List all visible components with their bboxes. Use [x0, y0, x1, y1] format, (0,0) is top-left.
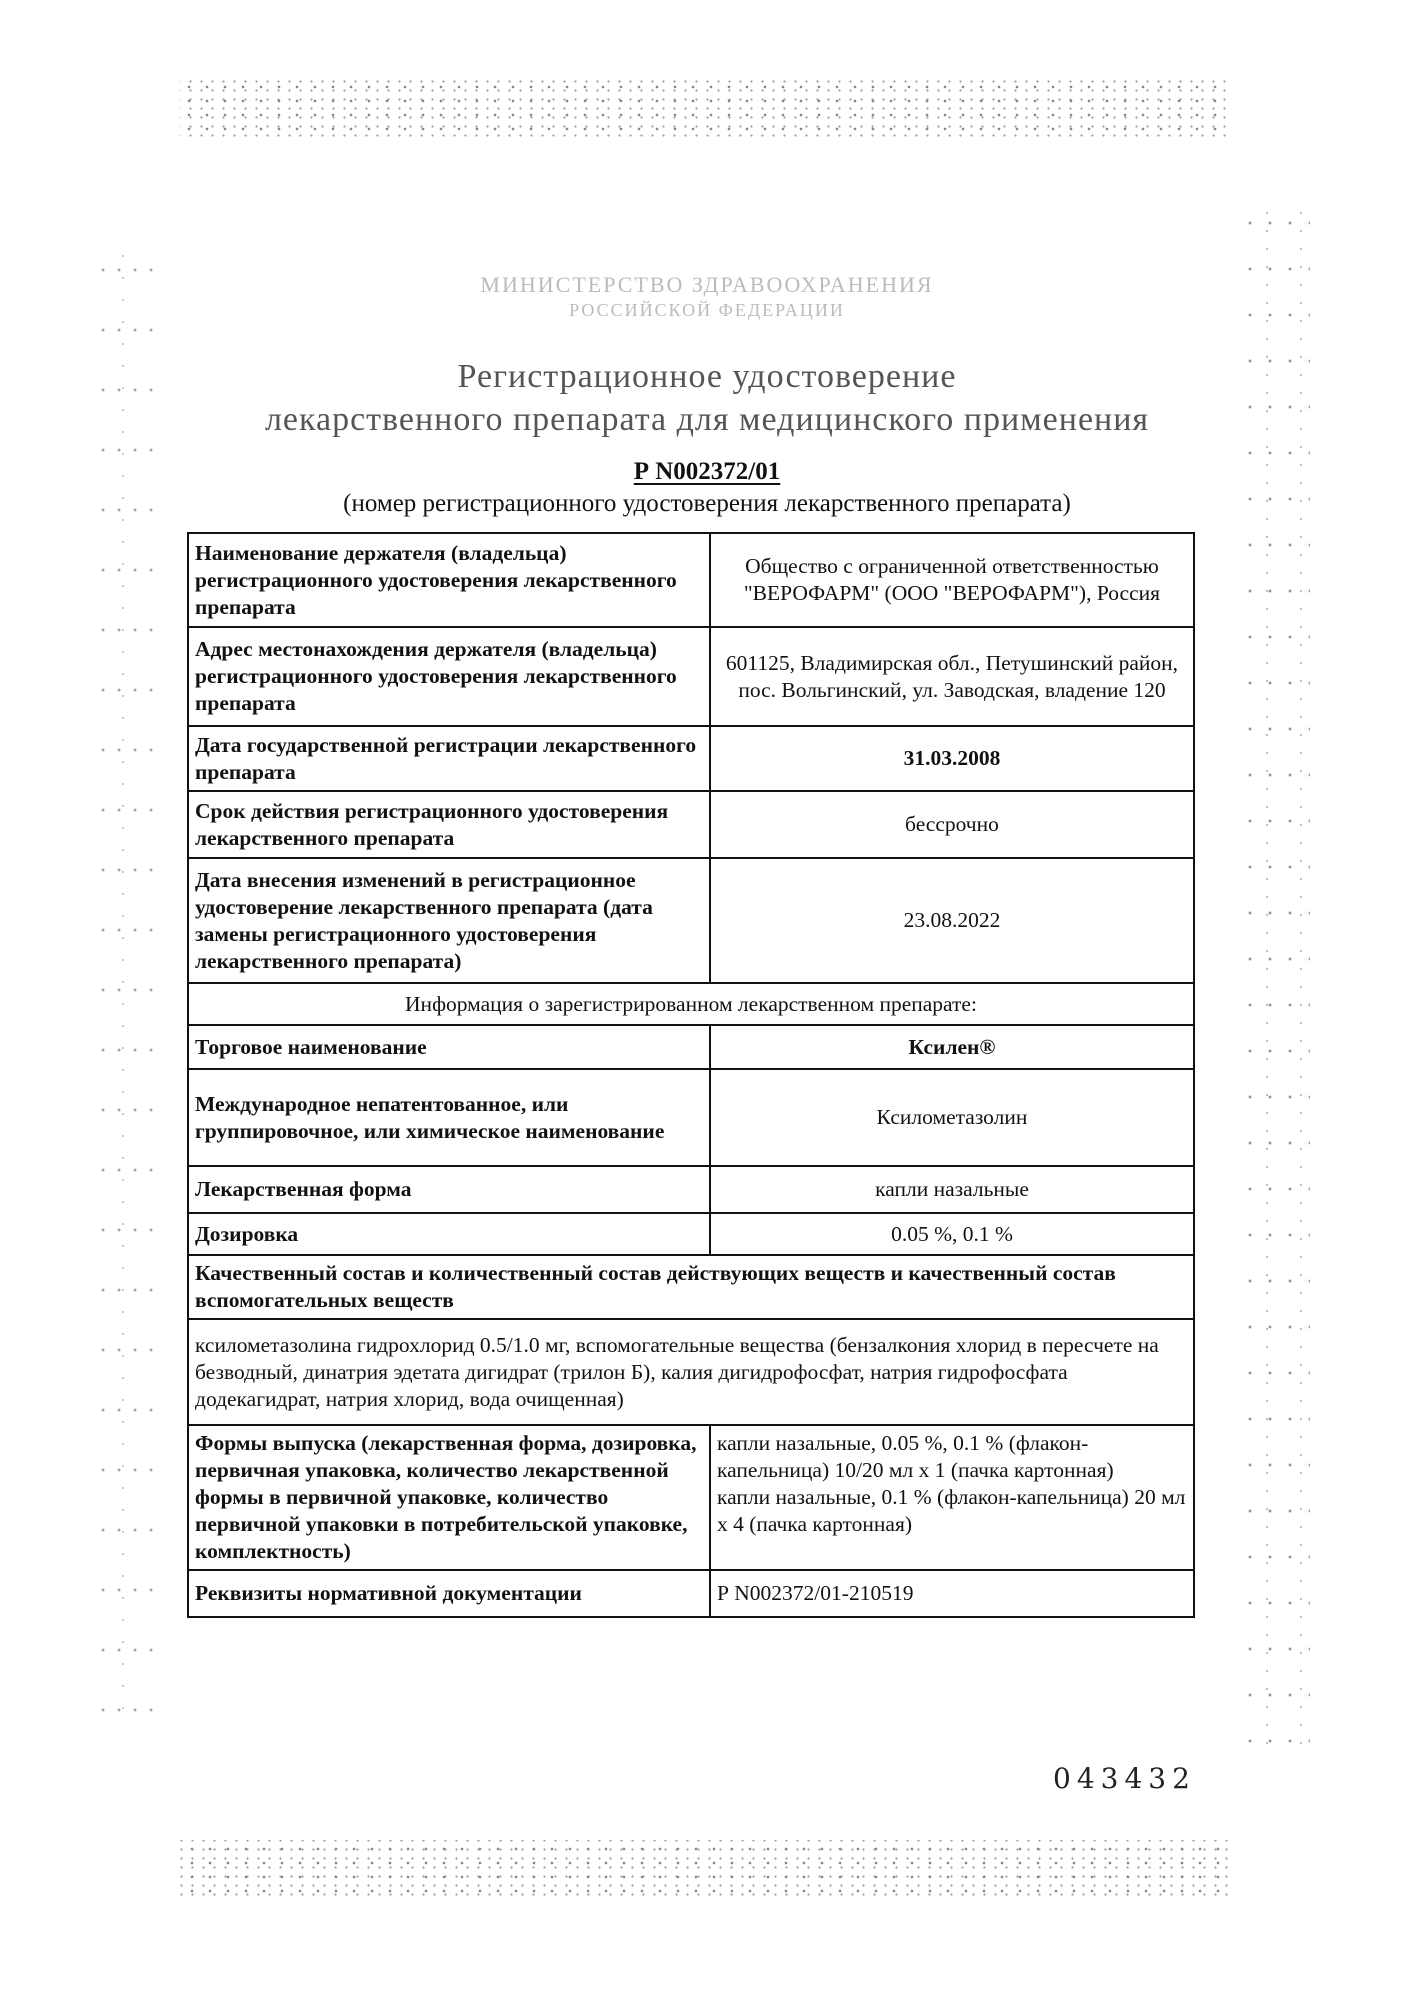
row-value: 23.08.2022: [710, 858, 1194, 983]
table-row-drug-info-heading: Информация о зарегистрированном лекарств…: [188, 983, 1194, 1025]
row-value: 601125, Владимирская обл., Петушинский р…: [710, 627, 1194, 726]
registration-number-text: Р N002372/01: [634, 458, 781, 485]
row-value: Р N002372/01-210519: [710, 1570, 1194, 1617]
table-row-composition-heading: Качественный состав и количественный сос…: [188, 1255, 1194, 1319]
table-row-dosage: Дозировка 0.05 %, 0.1 %: [188, 1213, 1194, 1255]
row-label: Дата государственной регистрации лекарст…: [188, 726, 710, 791]
release-form-line1: капли назальные, 0.05 %, 0.1 % (флакон-к…: [717, 1430, 1187, 1484]
row-value: бессрочно: [710, 791, 1194, 858]
table-row-normative-docs: Реквизиты нормативной документации Р N00…: [188, 1570, 1194, 1617]
row-label: Международное непатентованное, или групп…: [188, 1069, 710, 1166]
table-row-holder-address: Адрес местонахождения держателя (владель…: [188, 627, 1194, 726]
document-title-line2: лекарственного препарата для медицинског…: [0, 398, 1414, 442]
row-value: 31.03.2008: [710, 726, 1194, 791]
row-label: Наименование держателя (владельца) регис…: [188, 533, 710, 627]
row-label: Дата внесения изменений в регистрационно…: [188, 858, 710, 983]
table-row-trade-name: Торговое наименование Ксилен®: [188, 1025, 1194, 1069]
row-label: Срок действия регистрационного удостовер…: [188, 791, 710, 858]
row-label: Лекарственная форма: [188, 1166, 710, 1213]
table-row-changes-date: Дата внесения изменений в регистрационно…: [188, 858, 1194, 983]
composition-heading: Качественный состав и количественный сос…: [188, 1255, 1194, 1319]
table-row-inn: Международное непатентованное, или групп…: [188, 1069, 1194, 1166]
ministry-header-line2: РОССИЙСКОЙ ФЕДЕРАЦИИ: [0, 300, 1414, 321]
row-value: Общество с ограниченной ответственностью…: [710, 533, 1194, 627]
table-row-dosage-form: Лекарственная форма капли назальные: [188, 1166, 1194, 1213]
row-label: Формы выпуска (лекарственная форма, дози…: [188, 1425, 710, 1570]
row-label: Реквизиты нормативной документации: [188, 1570, 710, 1617]
row-value: капли назальные, 0.05 %, 0.1 % (флакон-к…: [710, 1425, 1194, 1570]
registration-number: Р N002372/01: [0, 458, 1414, 486]
row-value: 0.05 %, 0.1 %: [710, 1213, 1194, 1255]
row-value: Ксилен®: [710, 1025, 1194, 1069]
decorative-border-top: [180, 80, 1230, 140]
certificate-table: Наименование держателя (владельца) регис…: [187, 532, 1195, 1618]
row-label: Дозировка: [188, 1213, 710, 1255]
document-title-line1: Регистрационное удостоверение: [0, 355, 1414, 399]
row-value: капли назальные: [710, 1166, 1194, 1213]
registration-number-caption: (номер регистрационного удостоверения ле…: [0, 490, 1414, 518]
table-row-composition-text: ксилометазолина гидрохлорид 0.5/1.0 мг, …: [188, 1319, 1194, 1425]
row-label: Торговое наименование: [188, 1025, 710, 1069]
table-row-release-forms: Формы выпуска (лекарственная форма, дози…: [188, 1425, 1194, 1570]
table-row-validity: Срок действия регистрационного удостовер…: [188, 791, 1194, 858]
table-row-registration-date: Дата государственной регистрации лекарст…: [188, 726, 1194, 791]
serial-number: 043432: [1053, 1762, 1196, 1795]
table-row-holder-name: Наименование держателя (владельца) регис…: [188, 533, 1194, 627]
ministry-header-line1: МИНИСТЕРСТВО ЗДРАВООХРАНЕНИЯ: [0, 272, 1414, 298]
composition-text: ксилометазолина гидрохлорид 0.5/1.0 мг, …: [188, 1319, 1194, 1425]
row-label: Адрес местонахождения держателя (владель…: [188, 627, 710, 726]
decorative-border-bottom: [180, 1840, 1230, 1900]
release-form-line2: капли назальные, 0.1 % (флакон-капельниц…: [717, 1484, 1187, 1538]
drug-info-heading: Информация о зарегистрированном лекарств…: [188, 983, 1194, 1025]
row-value: Ксилометазолин: [710, 1069, 1194, 1166]
